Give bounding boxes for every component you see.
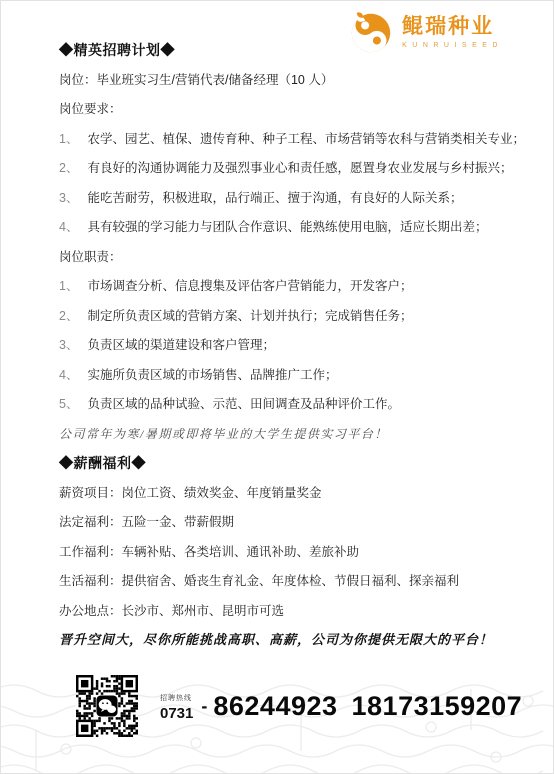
duties-heading: 岗位职责： xyxy=(59,250,523,264)
contact-section: 招聘热线 0731 - 86244923 18173159207 xyxy=(76,675,522,737)
item-number: 3、 xyxy=(59,191,78,205)
benefit-item-salary: 薪资项目：岗位工资、绩效奖金、年度销量奖金 xyxy=(59,486,523,500)
requirement-item: 1、农学、园艺、植保、遗传育种、种子工程、市场营销等农科与营销类相关专业； xyxy=(59,132,523,146)
benefits-heading: ◆薪酬福利◆ xyxy=(59,456,523,470)
wechat-qr-code xyxy=(76,675,138,737)
position-line: 岗位：毕业班实习生/营销代表/储备经理（10 人） xyxy=(59,73,523,87)
requirement-item: 2、有良好的沟通协调能力及强烈事业心和责任感，愿置身农业发展与乡村振兴； xyxy=(59,161,523,175)
item-number: 4、 xyxy=(59,368,78,382)
benefit-item-work: 工作福利：车辆补贴、各类培训、通讯补助、差旅补助 xyxy=(59,545,523,559)
duty-item: 3、负责区域的渠道建设和客户管理； xyxy=(59,338,523,352)
item-number: 5、 xyxy=(59,397,78,411)
item-text: 负责区域的品种试验、示范、田间调查及品种评价工作。 xyxy=(87,397,400,411)
item-number: 3、 xyxy=(59,338,78,352)
item-text: 具有较强的学习能力与团队合作意识、能熟练使用电脑，适应长期出差； xyxy=(87,220,487,234)
item-number: 1、 xyxy=(59,279,78,293)
phone-separator: - xyxy=(201,696,207,717)
requirement-item: 3、能吃苦耐劳，积极进取，品行端正、擅于沟通，有良好的人际关系； xyxy=(59,191,523,205)
benefit-item-location: 办公地点：长沙市、郑州市、昆明市可选 xyxy=(59,604,523,618)
duty-item: 4、实施所负责区域的市场销售、品牌推广工作； xyxy=(59,368,523,382)
item-text: 实施所负责区域的市场销售、品牌推广工作； xyxy=(87,368,337,382)
duty-item: 5、负责区域的品种试验、示范、田间调查及品种评价工作。 xyxy=(59,397,523,411)
promotion-motto: 晋升空间大，尽你所能挑战高职、高薪，公司为你提供无限大的平台！ xyxy=(59,633,523,647)
duty-item: 2、制定所负责区域的营销方案、计划并执行；完成销售任务； xyxy=(59,309,523,323)
item-number: 2、 xyxy=(59,161,78,175)
item-text: 农学、园艺、植保、遗传育种、种子工程、市场营销等农科与营销类相关专业； xyxy=(87,132,525,146)
item-number: 2、 xyxy=(59,309,78,323)
phone-number-mobile: 18173159207 xyxy=(352,691,523,722)
item-text: 制定所负责区域的营销方案、计划并执行；完成销售任务； xyxy=(87,309,412,323)
phone-number-fixed: 86244923 xyxy=(213,691,337,722)
area-code: 0731 xyxy=(160,705,193,723)
benefit-item-legal: 法定福利：五险一金、带薪假期 xyxy=(59,515,523,529)
item-text: 有良好的沟通协调能力及强烈事业心和责任感，愿置身农业发展与乡村振兴； xyxy=(87,161,512,175)
requirement-item: 4、具有较强的学习能力与团队合作意识、能熟练使用电脑，适应长期出差； xyxy=(59,220,523,234)
recruitment-flyer: 鲲瑞种业 KUNRUISEED ◆精英招聘计划◆ 岗位：毕业班实习生/营销代表/… xyxy=(0,0,554,774)
duty-item: 1、市场调查分析、信息搜集及评估客户营销能力，开发客户； xyxy=(59,279,523,293)
brand-name-cn: 鲲瑞种业 xyxy=(402,15,494,39)
hotline-label: 招聘热线 xyxy=(160,695,192,703)
item-text: 市场调查分析、信息搜集及评估客户营销能力，开发客户； xyxy=(87,279,412,293)
item-text: 负责区域的渠道建设和客户管理； xyxy=(87,338,275,352)
benefit-item-life: 生活福利：提供宿舍、婚丧生育礼金、年度体检、节假日福利、探亲福利 xyxy=(59,574,523,588)
requirements-heading: 岗位要求： xyxy=(59,102,523,116)
document-body: ◆精英招聘计划◆ 岗位：毕业班实习生/营销代表/储备经理（10 人） 岗位要求：… xyxy=(59,43,523,663)
item-number: 4、 xyxy=(59,220,78,234)
item-number: 1、 xyxy=(59,132,78,146)
wechat-icon xyxy=(96,695,117,716)
recruit-plan-title: ◆精英招聘计划◆ xyxy=(59,43,523,57)
item-text: 能吃苦耐劳，积极进取，品行端正、擅于沟通，有良好的人际关系； xyxy=(87,191,462,205)
internship-note: 公司常年为寒/暑期或即将毕业的大学生提供实习平台！ xyxy=(59,427,523,441)
hotline-block: 招聘热线 0731 xyxy=(160,695,193,723)
